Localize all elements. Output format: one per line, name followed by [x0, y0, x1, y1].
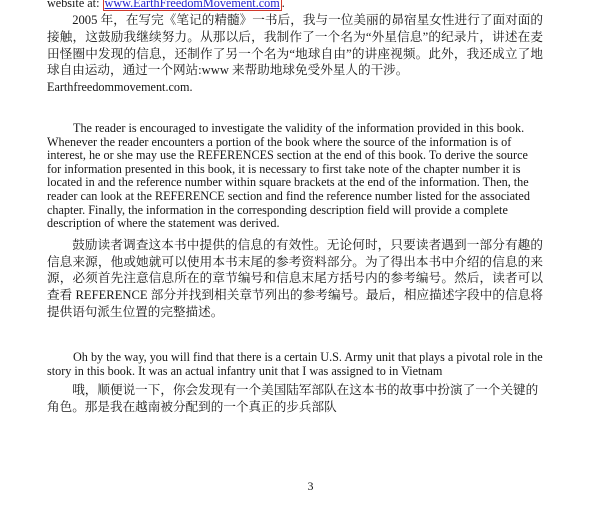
paragraph-zh-references: 鼓励读者调查这本书中提供的信息的有效性。无论何时，只要读者遇到一部分有趣的信息来…: [47, 237, 543, 321]
document-page: website at: www.EarthFreedomMovement.com…: [0, 0, 589, 512]
website-line-prefix: website at:: [47, 0, 103, 10]
paragraph-zh-army: 哦，顺便说一下，你会发现有一个美国陆军部队在这本书的故事中扮演了一个关键的角色。…: [47, 382, 543, 416]
paragraph-en-army: Oh by the way, you will find that there …: [47, 350, 543, 378]
army-paragraph-block: Oh by the way, you will find that there …: [47, 350, 543, 416]
references-paragraph-block: The reader is encouraged to investigate …: [47, 122, 543, 321]
paragraph-zh-intro-tail-url: Earthfreedommovement.com.: [47, 79, 543, 96]
page-number-value: 3: [308, 479, 314, 493]
intro-paragraph-block: 2005 年，在写完《笔记的精髓》一书后，我与一位美丽的昴宿星女性进行了面对面的…: [47, 12, 543, 96]
page-number: 3: [0, 479, 589, 494]
website-line-suffix: .: [282, 0, 285, 10]
paragraph-en-references: The reader is encouraged to investigate …: [47, 122, 543, 231]
paragraph-zh-intro: 2005 年，在写完《笔记的精髓》一书后，我与一位美丽的昴宿星女性进行了面对面的…: [47, 12, 543, 96]
earth-freedom-movement-link[interactable]: www.EarthFreedomMovement.com: [103, 0, 282, 11]
website-line: website at: www.EarthFreedomMovement.com…: [47, 0, 543, 10]
paragraph-zh-intro-text: 2005 年，在写完《笔记的精髓》一书后，我与一位美丽的昴宿星女性进行了面对面的…: [47, 13, 543, 77]
